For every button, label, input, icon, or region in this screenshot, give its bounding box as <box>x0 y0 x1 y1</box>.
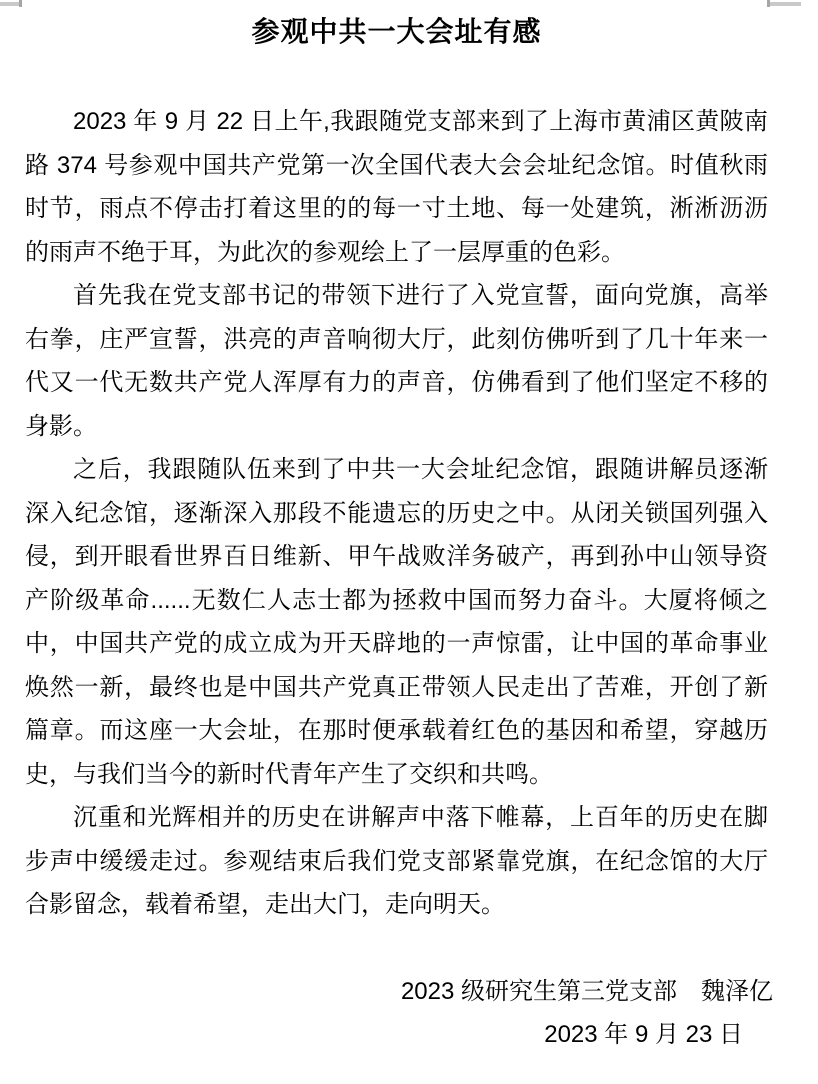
paragraph-4: 沉重和光辉相并的历史在讲解声中落下帷幕，上百年的历史在脚步声中缓缓走过。参观结束… <box>25 796 768 927</box>
crop-mark-horizontal-segment <box>770 2 801 6</box>
crop-mark-vertical-segment <box>19 0 22 7</box>
title-body-spacer <box>25 52 768 100</box>
paragraph-3: 之后，我跟随队伍来到了中共一大会址纪念馆，跟随讲解员逐渐深入纪念馆，逐渐深入那段… <box>25 448 768 796</box>
signature-spacer <box>0 927 818 970</box>
document-body: 参观中共一大会址有感 2023 年 9 月 22 日上午,我跟随党支部来到了上海… <box>25 12 768 927</box>
date-line: 2023 年 9 月 23 日 <box>0 1013 743 1057</box>
signature-line: 2023 级研究生第三党支部 魏泽亿 <box>0 970 773 1014</box>
paragraph-1: 2023 年 9 月 22 日上午,我跟随党支部来到了上海市黄浦区黄陂南路 37… <box>25 100 768 274</box>
crop-mark-vertical-segment <box>767 0 770 7</box>
document-title: 参观中共一大会址有感 <box>25 12 768 52</box>
paragraph-2: 首先我在党支部书记的带领下进行了入党宣誓，面向党旗，高举右拳，庄严宣誓，洪亮的声… <box>25 274 768 448</box>
document-page: 参观中共一大会址有感 2023 年 9 月 22 日上午,我跟随党支部来到了上海… <box>0 0 818 1084</box>
crop-mark-horizontal-segment <box>0 2 20 6</box>
